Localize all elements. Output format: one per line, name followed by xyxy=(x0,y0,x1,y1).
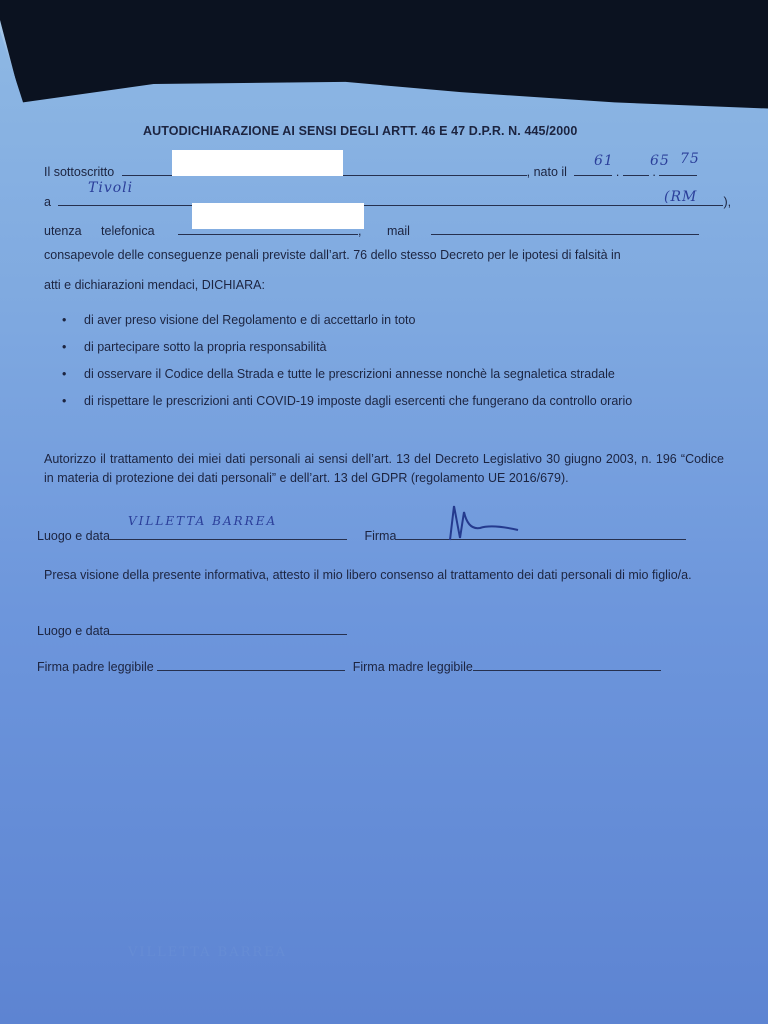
luogo2-field[interactable] xyxy=(110,622,347,635)
birth-month-handwritten: 65 xyxy=(650,153,670,169)
firma-madre-field[interactable] xyxy=(473,658,661,671)
declaration-item: di rispettare le prescrizioni anti COVID… xyxy=(62,391,632,418)
declarations-list: di aver preso visione del Regolamento e … xyxy=(62,310,632,418)
declaration-item: di aver preso visione del Regolamento e … xyxy=(62,310,632,337)
luogo2-label: Luogo e data xyxy=(37,624,110,638)
luogo-field[interactable] xyxy=(110,527,347,540)
a-label: a xyxy=(44,195,51,209)
row-contacts: utenza telefonica , mail xyxy=(44,222,699,238)
privacy-paragraph: Autorizzo il trattamento dei miei dati p… xyxy=(44,450,724,488)
luogo-label: Luogo e data xyxy=(37,529,110,543)
utenza-label: utenza xyxy=(44,224,82,238)
consapevole-line1: consapevole delle conseguenze penali pre… xyxy=(44,248,621,262)
birth-day-handwritten: 61 xyxy=(594,153,614,169)
row-luogo2: Luogo e data xyxy=(37,622,347,638)
telefonica-label: telefonica xyxy=(101,224,155,238)
consapevole-line2: atti e dichiarazioni mendaci, DICHIARA: xyxy=(44,278,265,292)
birth-year-handwritten: 75 xyxy=(680,151,700,167)
declaration-item: di osservare il Codice della Strada e tu… xyxy=(62,364,632,391)
province-handwritten: (RM xyxy=(664,189,697,205)
consent-paragraph: Presa visione della presente informativa… xyxy=(44,566,704,585)
birth-month-field[interactable] xyxy=(623,163,649,176)
mail-field[interactable] xyxy=(431,222,699,235)
redacted-name xyxy=(172,150,343,176)
luogo-handwritten: VILLETTA BARREA xyxy=(128,514,277,528)
signature-icon xyxy=(440,500,530,545)
province-close: ), xyxy=(723,195,731,209)
bleed-through-text: VILLETTA BARREA xyxy=(128,945,287,960)
firma-label: Firma xyxy=(364,529,396,543)
row-luogo-firma: Luogo e data Firma xyxy=(37,527,686,543)
birthplace-handwritten: Tivoli xyxy=(88,180,133,196)
firma-padre-field[interactable] xyxy=(157,658,345,671)
declaration-item: di partecipare sotto la propria responsa… xyxy=(62,337,632,364)
firma-padre-label: Firma padre leggibile xyxy=(37,660,154,674)
row-birthplace: a ), xyxy=(44,193,731,209)
birthplace-field[interactable] xyxy=(58,193,723,206)
redacted-phone xyxy=(192,203,364,229)
form-title: AUTODICHIARAZIONE AI SENSI DEGLI ARTT. 4… xyxy=(143,124,577,138)
nato-label: , nato il xyxy=(527,165,567,179)
firma-madre-label: Firma madre leggibile xyxy=(353,660,473,674)
sottoscritto-label: Il sottoscritto xyxy=(44,165,114,179)
row-parent-signatures: Firma padre leggibile Firma madre leggib… xyxy=(37,658,661,674)
declaration-form: AUTODICHIARAZIONE AI SENSI DEGLI ARTT. 4… xyxy=(0,0,768,1024)
mail-label: mail xyxy=(387,224,410,238)
